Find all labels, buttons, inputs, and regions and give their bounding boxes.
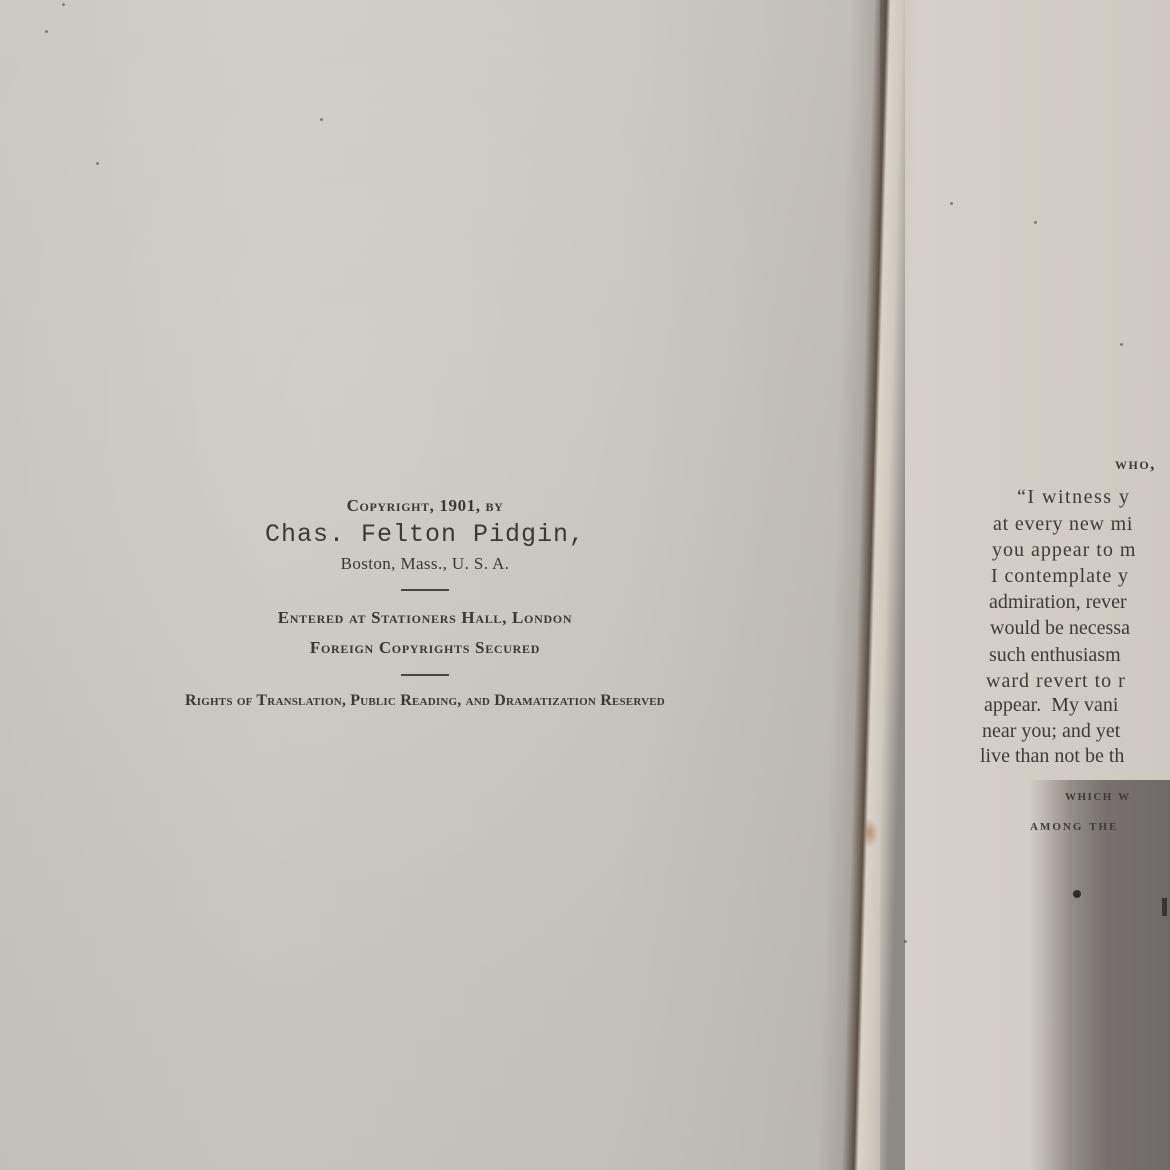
divider-rule — [401, 589, 449, 591]
footer-line: which w — [1065, 788, 1131, 805]
paper-speck — [1034, 221, 1037, 224]
lower-right-shadow — [1030, 780, 1170, 1170]
open-book-photo: Copyright, 1901, by Chas. Felton Pidgin,… — [0, 0, 1170, 1170]
paper-speck — [320, 118, 323, 121]
text-line: such enthusiasm — [989, 644, 1121, 667]
text-line: appear. My vani — [984, 694, 1118, 717]
ornament-dot — [1073, 890, 1081, 898]
paper-speck — [96, 162, 99, 165]
foreign-copyright-line: Foreign Copyrights Secured — [60, 638, 790, 658]
paper-speck — [62, 3, 65, 6]
left-page — [0, 0, 880, 1170]
cropped-glyph — [1162, 898, 1167, 916]
text-line: ward revert to r — [986, 670, 1126, 693]
paper-speck — [904, 940, 907, 943]
paper-speck — [950, 202, 953, 205]
author-name: Chas. Felton Pidgin, — [60, 520, 790, 549]
text-line: would be necessa — [990, 617, 1130, 640]
text-line: live than not be th — [980, 745, 1124, 768]
publisher-city: Boston, Mass., U. S. A. — [60, 554, 790, 574]
stationers-hall-entry: Entered at Stationers Hall, London — [60, 608, 790, 628]
paper-speck — [45, 30, 48, 33]
copyright-line: Copyright, 1901, by — [60, 496, 790, 516]
text-line: near you; and yet — [982, 720, 1120, 743]
text-line: admiration, rever — [989, 591, 1127, 614]
text-line: you appear to m — [992, 539, 1136, 562]
divider-rule — [401, 674, 449, 676]
footer-line: among the — [1030, 818, 1118, 835]
text-line: “I witness y — [1017, 486, 1131, 509]
rights-reserved-line: Rights of Translation, Public Reading, a… — [60, 692, 790, 710]
text-line: at every new mi — [993, 513, 1133, 536]
text-line: I contemplate y — [991, 565, 1129, 588]
paper-speck — [1120, 343, 1123, 346]
foxing-stain — [860, 818, 878, 848]
section-heading: who, — [1115, 454, 1156, 474]
